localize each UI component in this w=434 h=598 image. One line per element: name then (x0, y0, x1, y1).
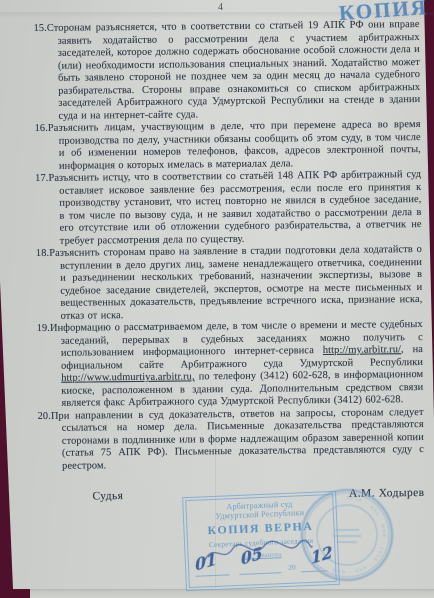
paragraph-text: Разъяснить сторонам право на заявление в… (49, 244, 422, 321)
page-number: 4 (218, 2, 224, 13)
paragraph-item-15: 15.Сторонам разъясняется, что в соответс… (33, 19, 420, 123)
paragraph-text: При направлении в суд доказательств, отв… (51, 406, 424, 471)
stamp-date-blank-month (239, 571, 281, 575)
paragraph-number: 16. (35, 123, 48, 134)
paragraph-number: 17. (35, 173, 48, 184)
paragraph-text: Разъяснить истцу, что в соответствии со … (48, 169, 421, 246)
paragraph-item-18: 18.Разъяснить сторонам право на заявлени… (36, 244, 423, 323)
stamp-date-blank-year (301, 569, 327, 572)
url-udmurtiya-arbitr: http://www.udmurtiya.arbitr.ru, (61, 371, 195, 383)
paragraph-item-16: 16.Разъяснить лицам, участвующим в деле,… (35, 119, 422, 173)
document-text: 15.Сторонам разъясняется, что в соответс… (33, 19, 424, 504)
stamp-year-printed: 20 (288, 563, 296, 572)
paragraph-item-19: 19.Информацию о рассматриваемом деле, в … (37, 319, 424, 411)
under-sheet-edge (30, 588, 434, 598)
url-my-arbitr: http://my.arbitr.ru/ (323, 344, 401, 356)
photo-backdrop: { "page_number": "4", "copy_stamp_label"… (0, 0, 434, 598)
handwritten-day: 01 (195, 549, 218, 575)
paragraph-text: Разъяснить лицам, участвующим в деле, чт… (48, 119, 421, 171)
paragraph-number: 18. (36, 248, 49, 259)
paragraph-item-17: 17.Разъяснить истцу, что в соответствии … (35, 169, 422, 248)
judge-role-label: Судья (92, 490, 123, 503)
paragraph-item-20: 20.При направлении в суд доказательств, … (38, 406, 425, 473)
paragraph-number: 15. (33, 23, 46, 34)
paragraph-number: 20. (38, 410, 51, 421)
certification-stamp: Арбитражный суд Удмуртской Республики КО… (182, 491, 340, 591)
paragraph-number: 19. (37, 323, 50, 334)
paragraph-text: Сторонам разъясняется, что в соответстви… (47, 19, 421, 121)
stamp-date-blank-day (195, 573, 229, 576)
